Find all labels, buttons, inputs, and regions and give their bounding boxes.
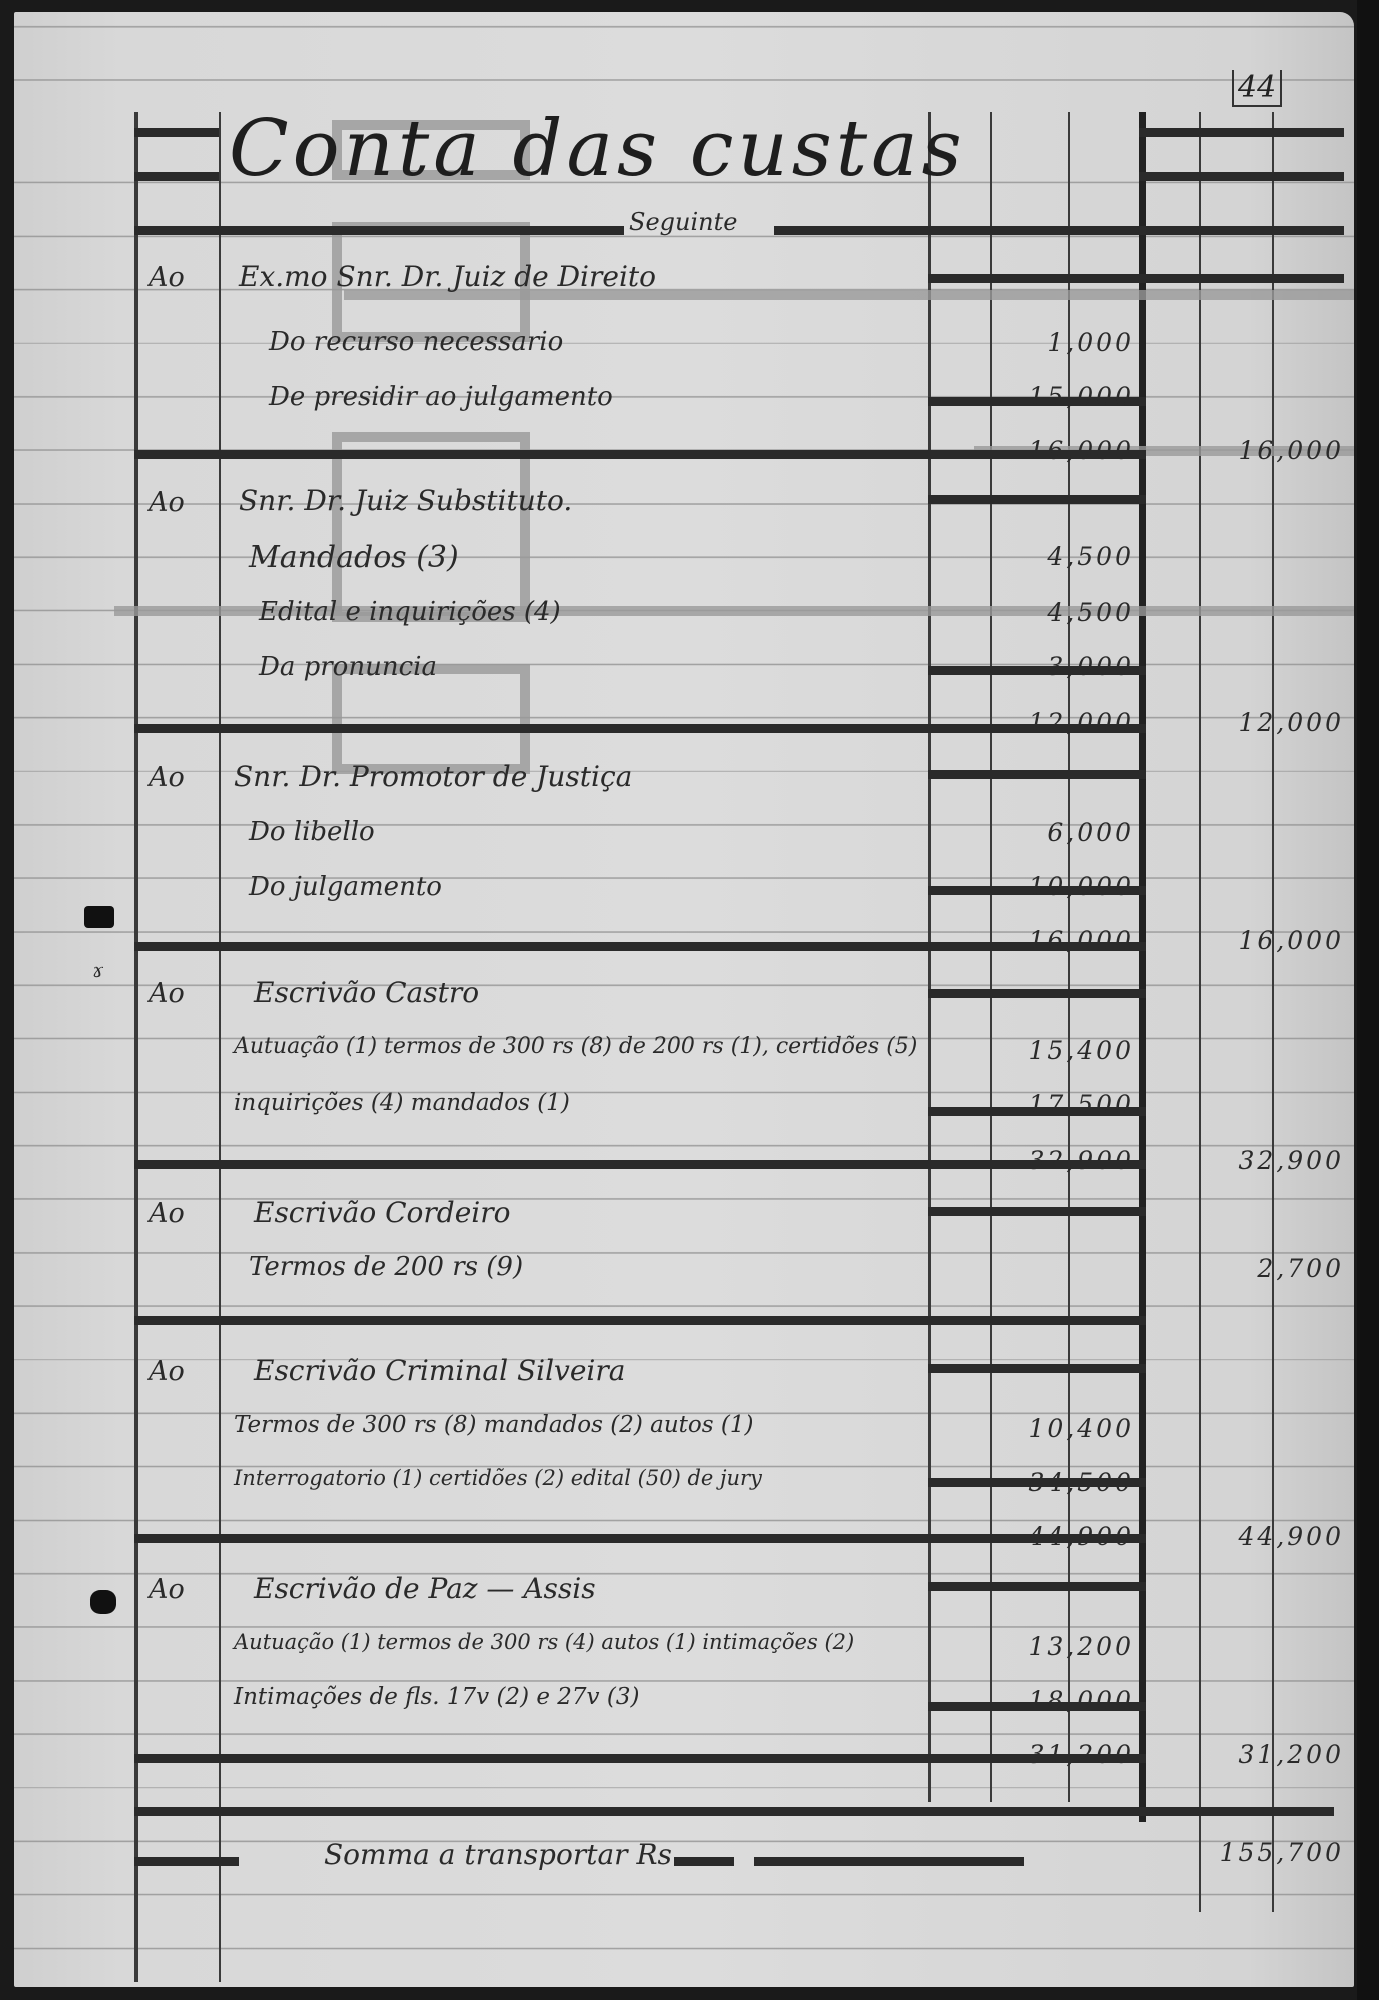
folio-number: 44 [1232, 70, 1282, 107]
line-item-desc: Do libello [249, 817, 375, 847]
line-item-desc: De presidir ao julgamento [269, 382, 613, 412]
line-item-amount: 1,000 [1004, 328, 1134, 357]
scan-edge-right [1357, 0, 1379, 2000]
line-item-amount: 15,400 [1004, 1036, 1134, 1065]
section-prefix: Ao [149, 487, 185, 518]
section-total: 32,900 [1214, 1146, 1344, 1175]
total-underline [674, 1857, 734, 1866]
total-column-line-1 [1199, 112, 1201, 1912]
header-bar [134, 172, 219, 181]
prefix-column-line [219, 112, 221, 1982]
line-item-amount: 17,500 [1004, 1090, 1134, 1119]
grand-total-label: Somma a transportar Rs. [324, 1838, 681, 1871]
line-item-desc: Do julgamento [249, 872, 442, 902]
line-item-desc: Autuação (1) termos de 300 rs (4) autos … [234, 1630, 854, 1654]
section-heading: Snr. Dr. Juiz Substituto. [239, 484, 572, 517]
amount-column-line-2 [990, 112, 992, 1802]
subtotal-bar [928, 989, 1146, 998]
header-bar [1139, 128, 1344, 137]
line-item-desc: Termos de 300 rs (8) mandados (2) autos … [234, 1412, 753, 1438]
line-item-amount: 13,200 [1004, 1632, 1134, 1661]
grand-total-amount: 155,700 [1214, 1838, 1344, 1867]
section-prefix: Ao [149, 1198, 185, 1229]
section-total: 16,000 [1214, 926, 1344, 955]
total-underline [134, 1857, 239, 1866]
amount-column-line-1 [928, 112, 931, 1802]
section-subtotal: 16,000 [1004, 436, 1134, 465]
section-total: 12,000 [1214, 708, 1344, 737]
total-underline [754, 1857, 1024, 1866]
subtotal-bar [928, 1364, 1146, 1373]
ruled-lines [14, 12, 1354, 1987]
subtotal-bar [928, 1207, 1146, 1216]
subtotal-bar [928, 770, 1146, 779]
total-divider [134, 1754, 1146, 1763]
section-divider [134, 450, 1146, 459]
page-title: Conta das custas [229, 104, 966, 194]
section-heading: Escrivão de Paz — Assis [254, 1572, 596, 1605]
section-heading: Escrivão Castro [254, 976, 479, 1009]
section-total: 2,700 [1214, 1254, 1344, 1283]
line-item-amount: 15,000 [1004, 382, 1134, 411]
section-prefix: Ao [149, 978, 185, 1009]
subtotal-bar [928, 495, 1146, 504]
section-subtotal: 32,900 [1004, 1146, 1134, 1175]
header-bar [134, 128, 219, 137]
amount-column-line-4 [1139, 112, 1146, 1822]
line-item-amount: 4,500 [1004, 542, 1134, 571]
bleed-through-box [332, 432, 530, 622]
line-item-amount: 18,000 [1004, 1686, 1134, 1715]
line-item-desc: Do recurso necessario [269, 327, 563, 357]
section-heading: Escrivão Criminal Silveira [254, 1354, 625, 1387]
section-total: 44,900 [1214, 1522, 1344, 1551]
section-prefix: Ao [149, 1574, 185, 1605]
line-item-amount: 10,400 [1004, 1414, 1134, 1443]
ledger-page: 44 Conta das custas Seguinte Ao Ex.mo Sn… [14, 12, 1354, 1987]
total-column-line-2 [1272, 112, 1274, 1912]
section-prefix: Ao [149, 1356, 185, 1387]
section-total: 16,000 [1214, 436, 1344, 465]
left-margin-line [134, 112, 138, 1982]
section-divider [774, 226, 1344, 235]
line-item-desc: Interrogatorio (1) certidões (2) edital … [234, 1466, 762, 1490]
ink-blot [90, 1590, 116, 1614]
line-item-desc: Termos de 200 rs (9) [249, 1252, 523, 1282]
section-divider [134, 1160, 1146, 1169]
line-item-desc: Autuação (1) termos de 300 rs (8) de 200… [234, 1034, 917, 1059]
section-subtotal: 31,200 [1004, 1740, 1134, 1769]
line-item-amount: 6,000 [1004, 818, 1134, 847]
line-item-amount: 10,000 [1004, 872, 1134, 901]
section-prefix: Ao [149, 262, 185, 293]
section-subtotal: 16,000 [1004, 926, 1134, 955]
section-divider [134, 1534, 1146, 1543]
line-item-amount: 4,500 [1004, 598, 1134, 627]
margin-mark: ɤ [92, 958, 103, 982]
section-heading: Escrivão Cordeiro [254, 1196, 510, 1229]
section-divider [134, 942, 1146, 951]
section-subtotal: 44,900 [1004, 1522, 1134, 1551]
line-item-desc: inquirições (4) mandados (1) [234, 1090, 570, 1116]
ink-blot [84, 906, 114, 928]
section-divider [134, 724, 1146, 733]
line-item-desc: Mandados (3) [249, 540, 459, 575]
line-item-desc: Da pronuncia [259, 652, 437, 682]
section-divider [134, 1316, 1146, 1325]
line-item-desc: Edital e inquirições (4) [259, 597, 561, 627]
subtotal-bar [928, 274, 1344, 283]
line-item-amount: 3,000 [1004, 652, 1134, 681]
section-prefix: Ao [149, 762, 185, 793]
subtotal-bar [928, 1582, 1146, 1591]
section-divider [134, 226, 624, 235]
line-item-amount: 34,500 [1004, 1468, 1134, 1497]
section-heading: Ex.mo Snr. Dr. Juiz de Direito [239, 260, 656, 293]
page-subtitle: Seguinte [629, 208, 737, 236]
section-heading: Snr. Dr. Promotor de Justiça [234, 760, 632, 793]
header-bar [1139, 172, 1344, 181]
section-total: 31,200 [1214, 1740, 1344, 1769]
line-item-desc: Intimações de fls. 17v (2) e 27v (3) [234, 1684, 639, 1710]
total-divider [134, 1807, 1334, 1816]
section-subtotal: 12,000 [1004, 708, 1134, 737]
